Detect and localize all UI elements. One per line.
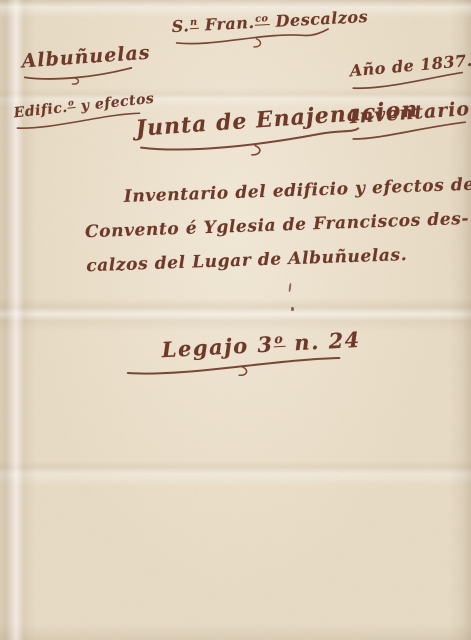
place-inscription: Albuñuelas (21, 42, 152, 87)
header-inscription: S.n Fran.co Descalzos (171, 7, 369, 50)
ink-speck (288, 283, 291, 292)
paper-texture (0, 0, 471, 640)
manuscript-page: S.n Fran.co Descalzos Albuñuelas Año de … (0, 0, 471, 640)
file-reference: Legajo 3o n. 24 (161, 327, 362, 378)
ink-speck (291, 307, 294, 311)
doctype-inscription: Inventario (349, 98, 471, 142)
body-text: Inventario del edificio y efectos del Co… (0, 168, 471, 286)
year-inscription: Año de 1837. (349, 51, 471, 93)
